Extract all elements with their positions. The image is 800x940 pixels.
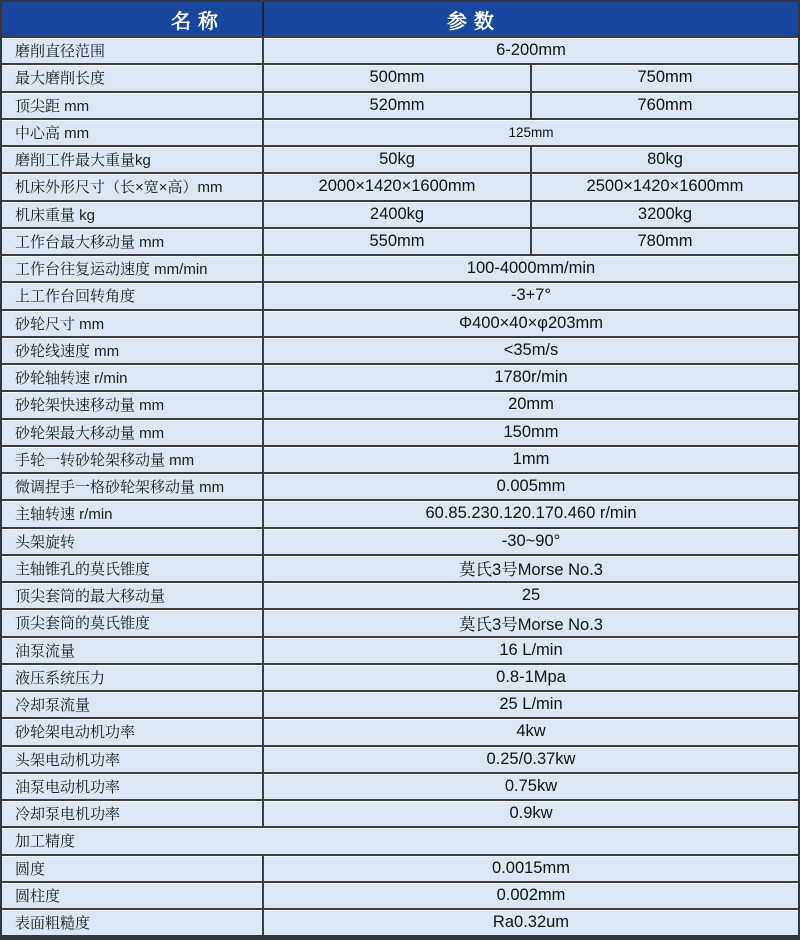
row-value: 25 L/min: [264, 692, 798, 717]
row-label: 圆度: [2, 856, 264, 881]
row-value-2: 80kg: [532, 147, 798, 172]
row-value-1: 500mm: [264, 65, 532, 90]
row-value: 4kw: [264, 719, 798, 744]
row-value-1: 50kg: [264, 147, 532, 172]
row-label: 砂轮架快速移动量 mm: [2, 392, 264, 417]
row-label: 上工作台回转角度: [2, 283, 264, 308]
row-label: 头架旋转: [2, 529, 264, 554]
header-name-label: 名称: [171, 5, 225, 34]
row-value: 25: [264, 583, 798, 608]
table-row: 微调捏手一格砂轮架移动量 mm0.005mm: [2, 472, 798, 499]
row-value-2: 750mm: [532, 65, 798, 90]
table-row: 液压系统压力0.8-1Mpa: [2, 663, 798, 690]
table-row: 砂轮轴转速 r/min1780r/min: [2, 363, 798, 390]
row-label: 冷却泵电机功率: [2, 801, 264, 826]
table-row: 最大磨削长度500mm750mm: [2, 63, 798, 90]
row-value: 150mm: [264, 420, 798, 445]
table-row: 砂轮架快速移动量 mm20mm: [2, 390, 798, 417]
table-row: 砂轮线速度 mm<35m/s: [2, 336, 798, 363]
table-row: 中心高 mm125mm: [2, 118, 798, 145]
header-params-label: 参数: [447, 5, 501, 34]
table-row: 磨削直径范围6-200mm: [2, 36, 798, 63]
table-row: 顶尖距 mm520mm760mm: [2, 91, 798, 118]
row-value: 0.25/0.37kw: [264, 747, 798, 772]
row-value: 100-4000mm/min: [264, 256, 798, 281]
row-value: 0.75kw: [264, 774, 798, 799]
table-row: 头架旋转-30~90°: [2, 527, 798, 554]
row-label: 磨削工件最大重量kg: [2, 147, 264, 172]
row-label: 磨削直径范围: [2, 38, 264, 63]
row-value: <35m/s: [264, 338, 798, 363]
row-label: 冷却泵流量: [2, 692, 264, 717]
row-value: 0.005mm: [264, 474, 798, 499]
row-label: 砂轮尺寸 mm: [2, 311, 264, 336]
table-row: 头架电动机功率0.25/0.37kw: [2, 745, 798, 772]
row-value-1: 550mm: [264, 229, 532, 254]
table-row: 冷却泵流量25 L/min: [2, 690, 798, 717]
row-value-2: 2500×1420×1600mm: [532, 174, 798, 199]
row-value: 20mm: [264, 392, 798, 417]
row-value: 1780r/min: [264, 365, 798, 390]
row-value: 莫氏3号Morse No.3: [264, 610, 798, 635]
row-label: 液压系统压力: [2, 665, 264, 690]
table-row: 主轴锥孔的莫氏锥度莫氏3号Morse No.3: [2, 554, 798, 581]
row-label: 工作台最大移动量 mm: [2, 229, 264, 254]
row-label: 最大磨削长度: [2, 65, 264, 90]
row-value-2: 780mm: [532, 229, 798, 254]
row-label: 砂轮线速度 mm: [2, 338, 264, 363]
row-value: Ra0.32um: [264, 910, 798, 935]
table-row: 机床重量 kg2400kg3200kg: [2, 200, 798, 227]
row-value: Φ400×40×φ203mm: [264, 311, 798, 336]
table-row: 油泵流量16 L/min: [2, 636, 798, 663]
row-value: 0.9kw: [264, 801, 798, 826]
table-row: 砂轮架电动机功率4kw: [2, 717, 798, 744]
header-name-column: 名称: [2, 2, 264, 36]
row-value: 0.0015mm: [264, 856, 798, 881]
row-label: 油泵电动机功率: [2, 774, 264, 799]
table-row: 圆度0.0015mm: [2, 854, 798, 881]
row-label: 微调捏手一格砂轮架移动量 mm: [2, 474, 264, 499]
row-label: 砂轮架最大移动量 mm: [2, 420, 264, 445]
row-label: 机床重量 kg: [2, 202, 264, 227]
row-label: 中心高 mm: [2, 120, 264, 145]
row-value: 1mm: [264, 447, 798, 472]
table-row: 顶尖套筒的最大移动量25: [2, 581, 798, 608]
row-label: 头架电动机功率: [2, 747, 264, 772]
row-label: 顶尖距 mm: [2, 93, 264, 118]
row-label: 机床外形尺寸（长×宽×高）mm: [2, 174, 264, 199]
table-row: 工作台往复运动速度 mm/min100-4000mm/min: [2, 254, 798, 281]
row-label: 顶尖套筒的最大移动量: [2, 583, 264, 608]
table-row: 砂轮架最大移动量 mm150mm: [2, 418, 798, 445]
row-label: 主轴锥孔的莫氏锥度: [2, 556, 264, 581]
table-row: 砂轮尺寸 mmΦ400×40×φ203mm: [2, 309, 798, 336]
table-row: 机床外形尺寸（长×宽×高）mm2000×1420×1600mm2500×1420…: [2, 172, 798, 199]
row-value-2: 760mm: [532, 93, 798, 118]
row-label: 手轮一转砂轮架移动量 mm: [2, 447, 264, 472]
header-params-column: 参数: [264, 2, 798, 36]
table-header-row: 名称 参数: [2, 2, 798, 36]
row-label: 砂轮轴转速 r/min: [2, 365, 264, 390]
table-row: 上工作台回转角度-3+7°: [2, 281, 798, 308]
row-value-1: 520mm: [264, 93, 532, 118]
row-value-1: 2400kg: [264, 202, 532, 227]
row-value: 6-200mm: [264, 38, 798, 63]
table-row: 主轴转速 r/min60.85.230.120.170.460 r/min: [2, 499, 798, 526]
row-value: 0.002mm: [264, 883, 798, 908]
table-rows: 磨削直径范围6-200mm最大磨削长度500mm750mm顶尖距 mm520mm…: [2, 36, 798, 935]
row-label: 顶尖套筒的莫氏锥度: [2, 610, 264, 635]
table-row: 工作台最大移动量 mm550mm780mm: [2, 227, 798, 254]
row-value-2: 3200kg: [532, 202, 798, 227]
row-label: 圆柱度: [2, 883, 264, 908]
row-label: 表面粗糙度: [2, 910, 264, 935]
row-value: -30~90°: [264, 529, 798, 554]
row-value: 16 L/min: [264, 638, 798, 663]
row-label: 主轴转速 r/min: [2, 501, 264, 526]
row-value: 125mm: [264, 120, 798, 145]
row-value: -3+7°: [264, 283, 798, 308]
row-label: 砂轮架电动机功率: [2, 719, 264, 744]
spec-table: 名称 参数 磨削直径范围6-200mm最大磨削长度500mm750mm顶尖距 m…: [0, 0, 800, 940]
table-row: 圆柱度0.002mm: [2, 881, 798, 908]
table-row: 油泵电动机功率0.75kw: [2, 772, 798, 799]
row-label: 工作台往复运动速度 mm/min: [2, 256, 264, 281]
table-row: 加工精度: [2, 826, 798, 853]
row-label: 加工精度: [2, 828, 798, 853]
row-value: 60.85.230.120.170.460 r/min: [264, 501, 798, 526]
row-value: 0.8-1Mpa: [264, 665, 798, 690]
table-row: 冷却泵电机功率0.9kw: [2, 799, 798, 826]
row-value: 莫氏3号Morse No.3: [264, 556, 798, 581]
table-row: 表面粗糙度Ra0.32um: [2, 908, 798, 935]
table-row: 手轮一转砂轮架移动量 mm1mm: [2, 445, 798, 472]
row-value-1: 2000×1420×1600mm: [264, 174, 532, 199]
table-row: 顶尖套筒的莫氏锥度莫氏3号Morse No.3: [2, 608, 798, 635]
row-label: 油泵流量: [2, 638, 264, 663]
table-row: 磨削工件最大重量kg50kg80kg: [2, 145, 798, 172]
